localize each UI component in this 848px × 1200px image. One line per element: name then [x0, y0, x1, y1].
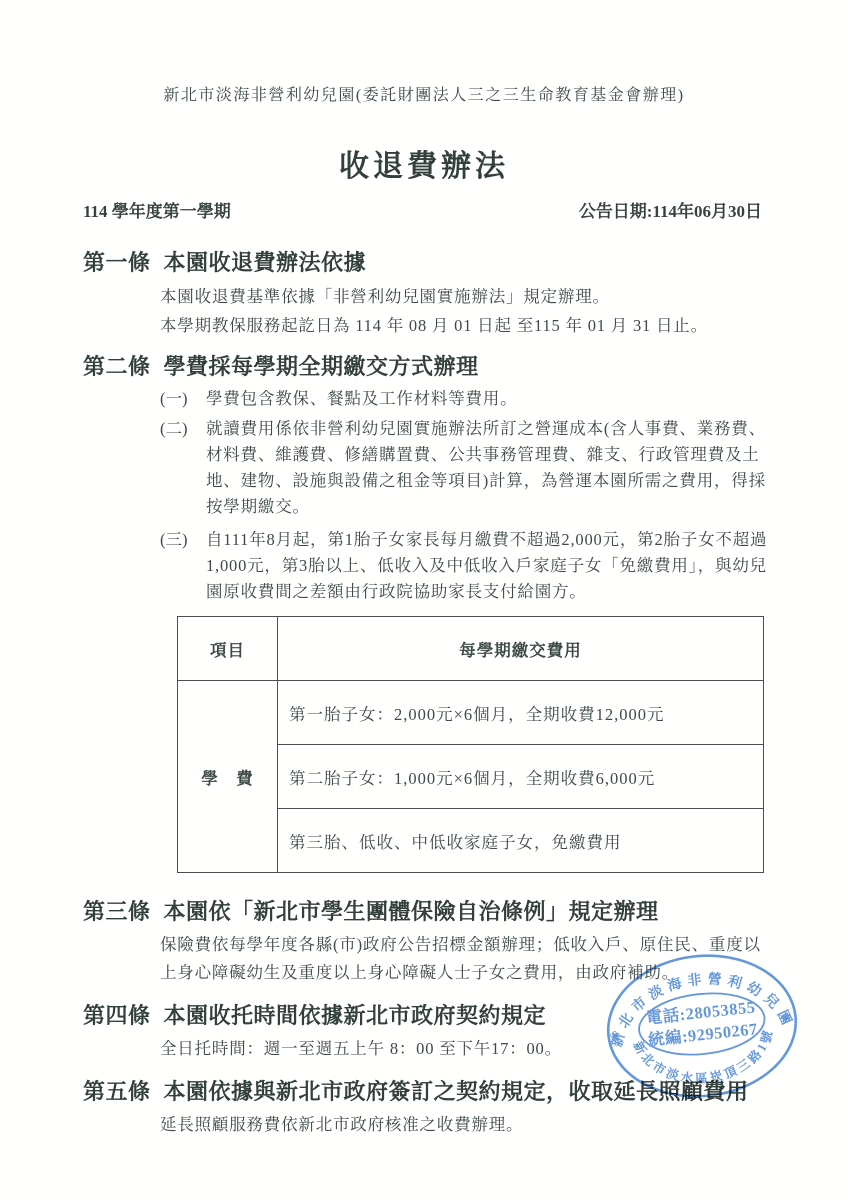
- article-number: 第二條: [83, 352, 151, 382]
- article-3-heading: 第三條 本園依「新北市學生團體保險自治條例」規定辦理: [83, 897, 848, 927]
- fee-row-2: 第二胎子女：1,000元×6個月，全期收費6,000元: [278, 745, 764, 809]
- row-label-tuition: 學 費: [178, 681, 278, 873]
- article-title: 本園依「新北市學生團體保險自治條例」規定辦理: [164, 897, 659, 927]
- document-page: 新北市淡海非營利幼兒園(委託財團法人三之三生命教育基金會辦理) 收退費辦法 11…: [0, 0, 848, 1200]
- meta-row: 114 學年度第一學期 公告日期:114年06月30日: [0, 197, 848, 222]
- article-1-body: 本園收退費基準依據「非營利幼兒園實施辦法」規定辦理。 本學期教保服務起訖日為 1…: [160, 282, 848, 340]
- paragraph: 本學期教保服務起訖日為 114 年 08 月 01 日起 至115 年 01 月…: [160, 311, 782, 340]
- article-number: 第一條: [83, 248, 151, 278]
- fee-row-1: 第一胎子女：2,000元×6個月，全期收費12,000元: [278, 681, 764, 745]
- article-2-heading: 第二條 學費採每學期全期繳交方式辦理: [83, 352, 848, 382]
- article-title: 本園收退費辦法依據: [164, 248, 367, 278]
- org-header: 新北市淡海非營利幼兒園(委託財團法人三之三生命教育基金會辦理): [0, 0, 848, 105]
- official-seal-stamp: 新北市淡海非營利幼兒園 新北市淡水區崁頂三路1號 電話:28053855 統編:…: [595, 940, 810, 1112]
- fee-table-wrap: 項目 每學期繳交費用 學 費 第一胎子女：2,000元×6個月，全期收費12,0…: [177, 616, 848, 873]
- list-item: (一) 學費包含教保、餐點及工作材料等費用。: [160, 386, 848, 412]
- announce-date: 公告日期:114年06月30日: [579, 197, 762, 222]
- semester-label: 114 學年度第一學期: [83, 197, 231, 222]
- plum-blossom-icon-right: ❀: [780, 1010, 793, 1026]
- item-label: (一): [160, 386, 206, 412]
- article-title: 學費採每學期全期繳交方式辦理: [164, 352, 479, 382]
- article-1: 第一條 本園收退費辦法依據 本園收退費基準依據「非營利幼兒園實施辦法」規定辦理。…: [83, 248, 848, 340]
- article-number: 第三條: [83, 897, 151, 927]
- fee-table: 項目 每學期繳交費用 學 費 第一胎子女：2,000元×6個月，全期收費12,0…: [177, 616, 764, 873]
- table-header-fee: 每學期繳交費用: [278, 617, 764, 681]
- page-title: 收退費辦法: [0, 147, 848, 187]
- fee-row-3: 第三胎、低收、中低收家庭子女，免繳費用: [278, 809, 764, 873]
- article-number: 第四條: [83, 1001, 151, 1031]
- paragraph: 本園收退費基準依據「非營利幼兒園實施辦法」規定辦理。: [160, 282, 782, 311]
- article-number: 第五條: [83, 1077, 151, 1107]
- list-item: (三) 自111年8月起，第1胎子女家長每月繳費不超過2,000元，第2胎子女不…: [160, 527, 848, 605]
- article-1-heading: 第一條 本園收退費辦法依據: [83, 248, 848, 278]
- item-text: 自111年8月起，第1胎子女家長每月繳費不超過2,000元，第2胎子女不超過1,…: [206, 527, 769, 605]
- item-text: 學費包含教保、餐點及工作材料等費用。: [206, 386, 769, 412]
- table-row: 學 費 第一胎子女：2,000元×6個月，全期收費12,000元: [178, 681, 764, 745]
- plum-blossom-icon-left: ❀: [609, 1028, 622, 1044]
- article-title: 本園收托時間依據新北市政府契約規定: [164, 1001, 547, 1031]
- item-label: (三): [160, 527, 206, 605]
- table-header-row: 項目 每學期繳交費用: [178, 617, 764, 681]
- table-header-item: 項目: [178, 617, 278, 681]
- article-5-body: 延長照顧服務費依新北市政府核准之收費辦理。: [160, 1111, 848, 1139]
- paragraph: 延長照顧服務費依新北市政府核准之收費辦理。: [160, 1111, 774, 1139]
- article-2-items: (一) 學費包含教保、餐點及工作材料等費用。 (二) 就讀費用係依非營利幼兒園實…: [160, 386, 848, 605]
- list-item: (二) 就讀費用係依非營利幼兒園實施辦法所訂之營運成本(含人事費、業務費、材料費…: [160, 416, 848, 520]
- item-text: 就讀費用係依非營利幼兒園實施辦法所訂之營運成本(含人事費、業務費、材料費、維護費…: [206, 416, 769, 520]
- item-label: (二): [160, 416, 206, 520]
- article-2: 第二條 學費採每學期全期繳交方式辦理 (一) 學費包含教保、餐點及工作材料等費用…: [83, 352, 848, 605]
